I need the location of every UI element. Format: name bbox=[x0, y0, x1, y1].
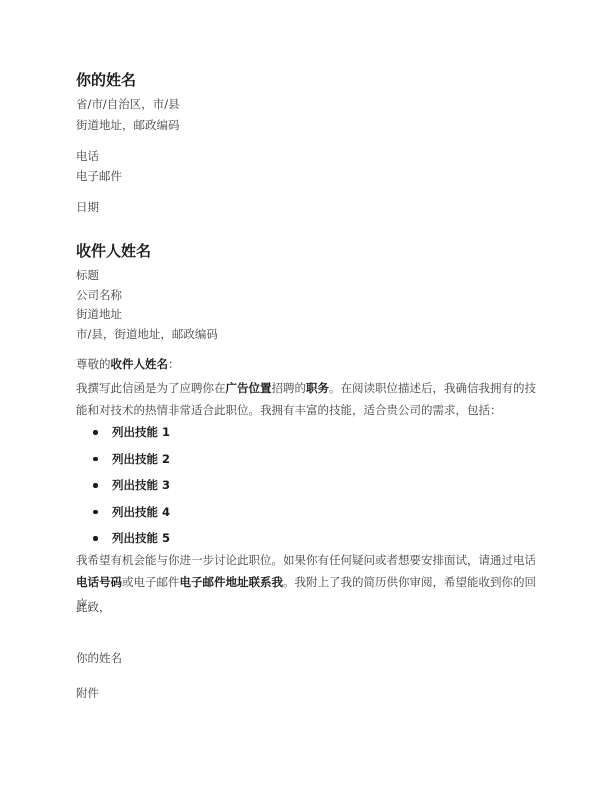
signature-name: 你的姓名 bbox=[76, 650, 122, 666]
skill-label: 列出技能 4 bbox=[112, 505, 170, 519]
skill-item: 列出技能 3 bbox=[90, 477, 170, 504]
recipient-title: 标题 bbox=[76, 267, 99, 283]
bullet-icon bbox=[93, 536, 98, 541]
salutation-suffix: ： bbox=[168, 357, 180, 371]
phone-number-placeholder: 电话号码 bbox=[76, 575, 122, 589]
skill-item: 列出技能 1 bbox=[90, 424, 170, 451]
sender-name: 你的姓名 bbox=[76, 70, 136, 90]
salutation-name: 收件人姓名 bbox=[111, 357, 169, 371]
intro-paragraph: 我撰写此信函是为了应聘你在广告位置招聘的职务。在阅读职位描述后，我确信我拥有的技… bbox=[76, 377, 546, 421]
email-address-placeholder: 电子邮件地址联系我 bbox=[180, 575, 284, 589]
recipient-city-line: 市/县，街道地址，邮政编码 bbox=[76, 326, 218, 342]
enclosure: 附件 bbox=[76, 685, 99, 701]
skill-label: 列出技能 1 bbox=[112, 425, 170, 439]
bullet-icon bbox=[93, 483, 98, 488]
salutation: 尊敬的收件人姓名： bbox=[76, 356, 180, 372]
skill-label: 列出技能 5 bbox=[112, 531, 170, 545]
skills-list: 列出技能 1 列出技能 2 列出技能 3 列出技能 4 列出技能 5 bbox=[90, 424, 170, 557]
sign-off: 此致， bbox=[76, 599, 111, 615]
recipient-name: 收件人姓名 bbox=[76, 241, 151, 261]
skill-item: 列出技能 2 bbox=[90, 451, 170, 478]
recipient-company: 公司名称 bbox=[76, 287, 122, 303]
bullet-icon bbox=[93, 510, 98, 515]
skill-label: 列出技能 2 bbox=[112, 452, 170, 466]
letter-date: 日期 bbox=[76, 199, 99, 215]
sender-phone: 电话 bbox=[76, 148, 99, 164]
intro-text-1: 我撰写此信函是为了应聘你在 bbox=[76, 381, 226, 395]
sender-address-line1: 省/市/自治区，市/县 bbox=[76, 96, 180, 112]
cover-letter-page: 你的姓名 省/市/自治区，市/县 街道地址，邮政编码 电话 电子邮件 日期 收件… bbox=[0, 0, 616, 800]
bullet-icon bbox=[93, 457, 98, 462]
sender-email: 电子邮件 bbox=[76, 168, 122, 184]
closing-text-2: 或电子邮件 bbox=[122, 575, 180, 589]
sender-address-line2: 街道地址，邮政编码 bbox=[76, 117, 180, 133]
closing-text-1: 我希望有机会能与你进一步讨论此职位。如果你有任何疑问或者想要安排面试，请通过电话 bbox=[76, 553, 536, 567]
recipient-street: 街道地址 bbox=[76, 306, 122, 322]
skill-label: 列出技能 3 bbox=[112, 478, 170, 492]
job-title-placeholder: 职务 bbox=[306, 381, 329, 395]
bullet-icon bbox=[93, 430, 98, 435]
intro-text-2: 招聘的 bbox=[272, 381, 307, 395]
salutation-prefix: 尊敬的 bbox=[76, 357, 111, 371]
closing-paragraph: 我希望有机会能与你进一步讨论此职位。如果你有任何疑问或者想要安排面试，请通过电话… bbox=[76, 549, 546, 615]
ad-position-placeholder: 广告位置 bbox=[226, 381, 272, 395]
skill-item: 列出技能 4 bbox=[90, 504, 170, 531]
